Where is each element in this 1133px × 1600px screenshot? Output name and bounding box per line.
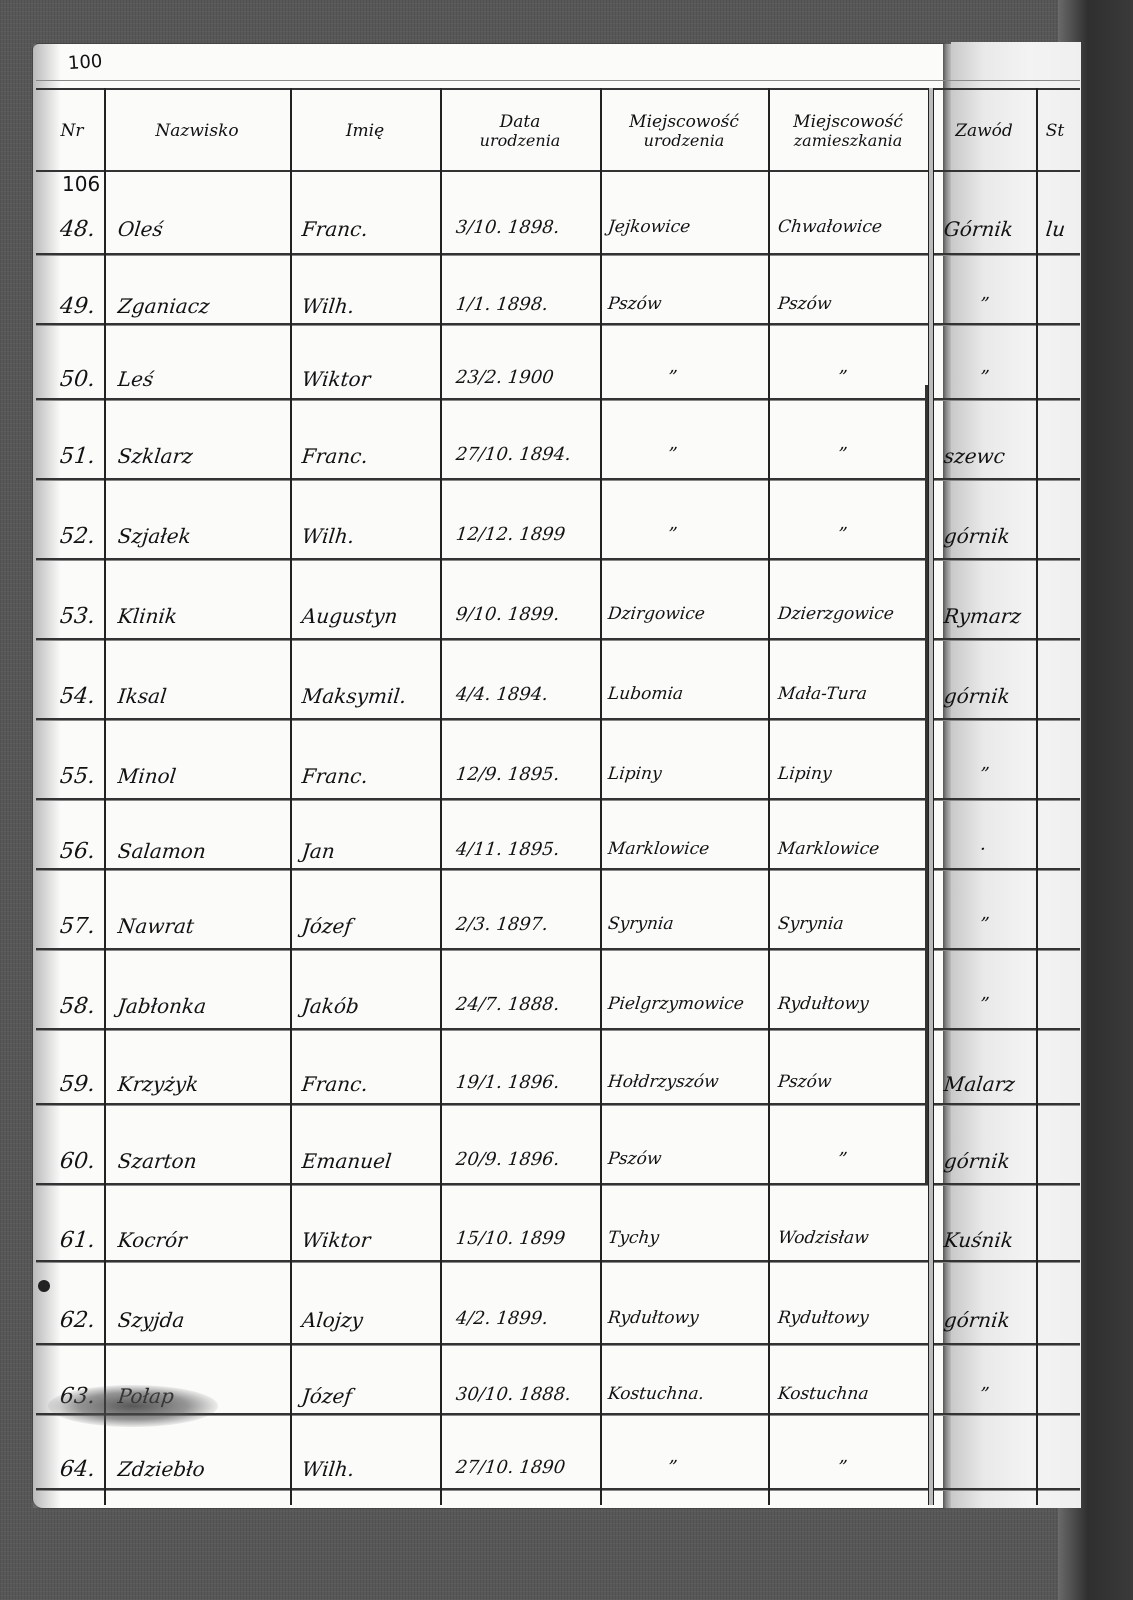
- table-row: 62.SzyjdaAlojzy4/2. 1899.RydułtowyRydułt…: [0, 1262, 1133, 1345]
- first-name: Wiktor: [301, 367, 372, 391]
- birth-date: 27/10. 1894.: [455, 444, 572, 465]
- table-row: 61.KocrórWiktor15/10. 1899TychyWodzisław…: [0, 1185, 1133, 1262]
- occupation: górnik: [943, 524, 1011, 548]
- residence: Wodzisław: [777, 1228, 870, 1248]
- birth-place: Tychy: [607, 1228, 660, 1248]
- first-name: Franc.: [301, 444, 369, 468]
- table-row: 55.MinolFranc.12/9. 1895.LipinyLipiny”: [0, 720, 1133, 800]
- surname: Kocrór: [117, 1228, 188, 1252]
- birth-place: ”: [667, 367, 678, 388]
- birth-place: Lipiny: [607, 764, 663, 784]
- birth-date: 12/9. 1895.: [455, 764, 561, 785]
- table-row: 60.SzartonEmanuel20/9. 1896.Pszów”górnik: [0, 1105, 1133, 1185]
- residence: Chwałowice: [777, 217, 883, 237]
- occupation: szewc: [943, 444, 1006, 468]
- grid-row-line: [36, 80, 1080, 81]
- birth-date: 2/3. 1897.: [455, 914, 549, 935]
- residence: Mała-Tura: [777, 684, 868, 704]
- table-row: 50.LeśWiktor23/2. 1900”””: [0, 325, 1133, 400]
- surname: Szyjda: [117, 1308, 186, 1332]
- header-surname-label: Nazwisko: [155, 122, 238, 141]
- first-name: Jan: [301, 839, 336, 863]
- header-next-column: St: [1040, 92, 1070, 170]
- entry-number: 60.: [59, 1149, 97, 1174]
- occupation: Malarz: [943, 1072, 1016, 1096]
- birth-place: Pszów: [607, 294, 663, 314]
- occupation: ”: [979, 294, 990, 315]
- surname: Szarton: [117, 1149, 198, 1173]
- residence: Pszów: [777, 1072, 833, 1092]
- table-row: 64.ZdziebłoWilh.27/10. 1890””: [0, 1415, 1133, 1490]
- surname: Zdziebło: [117, 1457, 206, 1481]
- ink-smudge: [48, 1385, 218, 1427]
- first-name: Franc.: [301, 764, 369, 788]
- birth-date: 9/10. 1899.: [455, 604, 561, 625]
- entry-number: 62.: [59, 1308, 97, 1333]
- table-row: 57.NawratJózef2/3. 1897.SyryniaSyrynia”: [0, 870, 1133, 950]
- surname: Minol: [117, 764, 178, 788]
- vertical-pencil-line: [925, 385, 928, 1185]
- table-row: 53.KlinikAugustyn9/10. 1899.DzirgowiceDz…: [0, 560, 1133, 640]
- occupation: Rymarz: [943, 604, 1023, 628]
- residence: Pszów: [777, 294, 833, 314]
- entry-number: 55.: [59, 764, 97, 789]
- birth-place: ”: [667, 524, 678, 545]
- header-residence-line1: Miejscowość: [793, 113, 903, 132]
- entry-number: 54.: [59, 684, 97, 709]
- residence: Rydułtowy: [777, 994, 870, 1014]
- surname: Oleś: [117, 217, 164, 241]
- residence: ”: [837, 1149, 848, 1170]
- birth-date: 20/9. 1896.: [455, 1149, 561, 1170]
- residence: Rydułtowy: [777, 1308, 870, 1328]
- surname: Nawrat: [117, 914, 196, 938]
- page-number: 100: [67, 51, 103, 74]
- first-name: Wiktor: [301, 1228, 372, 1252]
- first-name: Wilh.: [301, 1457, 356, 1481]
- residence: Marklowice: [777, 839, 880, 859]
- occupation: ”: [979, 914, 990, 935]
- first-name: Jakób: [301, 994, 360, 1018]
- header-surname: Nazwisko: [104, 92, 290, 170]
- header-occupation: Zawód: [932, 92, 1036, 170]
- residence: ”: [837, 524, 848, 545]
- residence: Kostuchna: [777, 1384, 870, 1404]
- table-row: 56.SalamonJan4/11. 1895.MarklowiceMarklo…: [0, 800, 1133, 870]
- birth-place: Jejkowice: [607, 217, 691, 237]
- header-birth-date: Data urodzenia: [440, 92, 600, 170]
- first-name: Alojzy: [301, 1308, 364, 1332]
- birth-place: Hołdrzyszów: [607, 1072, 720, 1092]
- residence: ”: [837, 367, 848, 388]
- entry-number: 50.: [59, 367, 97, 392]
- entry-number: 59.: [59, 1072, 97, 1097]
- table-row: 58.JabłonkaJakób24/7. 1888.Pielgrzymowic…: [0, 950, 1133, 1030]
- birth-place: ”: [667, 444, 678, 465]
- header-first-name: Imię: [290, 92, 440, 170]
- birth-place: Syrynia: [607, 914, 675, 934]
- residence: Lipiny: [777, 764, 833, 784]
- entry-number: 53.: [59, 604, 97, 629]
- birth-date: 4/4. 1894.: [455, 684, 549, 705]
- birth-date: 1/1. 1898.: [455, 294, 549, 315]
- header-no-label: Nr: [60, 122, 83, 141]
- occupation: Kuśnik: [943, 1228, 1015, 1252]
- first-name: Wilh.: [301, 524, 356, 548]
- entry-number: 49.: [59, 294, 97, 319]
- birth-date: 4/11. 1895.: [455, 839, 561, 860]
- surname: Klinik: [117, 604, 179, 628]
- birth-place: Dzirgowice: [607, 604, 706, 624]
- first-name: Wilh.: [301, 294, 356, 318]
- occupation: ”: [979, 764, 990, 785]
- first-name: Emanuel: [301, 1149, 393, 1173]
- table-row: 52.SzjałekWilh.12/12. 1899””górnik: [0, 480, 1133, 560]
- residence: Dzierzgowice: [777, 604, 895, 624]
- birth-place: Rydułtowy: [607, 1308, 700, 1328]
- surname: Szklarz: [117, 444, 194, 468]
- surname: Leś: [117, 367, 155, 391]
- residence: ”: [837, 444, 848, 465]
- header-occupation-label: Zawód: [955, 122, 1013, 141]
- header-residence: Miejscowość zamieszkania: [768, 92, 928, 170]
- header-no: Nr: [40, 92, 104, 170]
- entry-number: 57.: [59, 914, 97, 939]
- occupation: ·: [979, 839, 987, 860]
- header-birth-date-line1: Data: [500, 113, 541, 132]
- header-residence-line2: zamieszkania: [794, 132, 903, 150]
- entry-number: 56.: [59, 839, 97, 864]
- header-birth-place-line1: Miejscowość: [629, 113, 739, 132]
- occupation: górnik: [943, 684, 1011, 708]
- birth-date: 24/7. 1888.: [455, 994, 561, 1015]
- next-column-value: lu: [1045, 217, 1067, 241]
- entry-number: 58.: [59, 994, 97, 1019]
- entry-number: 61.: [59, 1228, 97, 1253]
- first-name: Maksymil.: [301, 684, 408, 708]
- birth-place: ”: [667, 1457, 678, 1478]
- birth-date: 23/2. 1900: [455, 367, 555, 388]
- grid-row-line: [36, 1490, 1080, 1491]
- surname: Zganiacz: [117, 294, 211, 318]
- entry-number: 48.: [59, 217, 97, 242]
- ink-spot: [38, 1280, 50, 1292]
- surname: Salamon: [117, 839, 207, 863]
- first-name: Franc.: [301, 1072, 369, 1096]
- birth-date: 15/10. 1899: [455, 1228, 566, 1249]
- birth-place: Pszów: [607, 1149, 663, 1169]
- birth-place: Lubomia: [607, 684, 684, 704]
- surname: Krzyżyk: [117, 1072, 200, 1096]
- birth-date: 12/12. 1899: [455, 524, 566, 545]
- occupation: Górnik: [943, 217, 1015, 241]
- first-name: Józef: [301, 914, 353, 938]
- table-row: 54.IksalMaksymil.4/4. 1894.LubomiaMała-T…: [0, 640, 1133, 720]
- occupation: ”: [979, 1384, 990, 1405]
- header-birth-place: Miejscowość urodzenia: [600, 92, 768, 170]
- residence: Syrynia: [777, 914, 845, 934]
- header-birth-place-line2: urodzenia: [644, 132, 725, 150]
- header-first-name-label: Imię: [346, 122, 384, 141]
- table-row: 51.SzklarzFranc.27/10. 1894.””szewc: [0, 400, 1133, 480]
- residence: ”: [837, 1457, 848, 1478]
- birth-date: 27/10. 1890: [455, 1457, 566, 1478]
- birth-date: 19/1. 1896.: [455, 1072, 561, 1093]
- birth-date: 3/10. 1898.: [455, 217, 561, 238]
- first-name: Augustyn: [301, 604, 399, 628]
- entry-number: 64.: [59, 1457, 97, 1482]
- entry-number: 51.: [59, 444, 97, 469]
- first-name: Franc.: [301, 217, 369, 241]
- table-row: 49.ZganiaczWilh.1/1. 1898.PszówPszów”: [0, 255, 1133, 325]
- table-row: 59.KrzyżykFranc.19/1. 1896.HołdrzyszówPs…: [0, 1030, 1133, 1105]
- surname: Iksal: [117, 684, 168, 708]
- header-birth-date-line2: urodzenia: [480, 132, 561, 150]
- occupation: górnik: [943, 1149, 1011, 1173]
- surname: Szjałek: [117, 524, 192, 548]
- birth-date: 4/2. 1899.: [455, 1308, 549, 1329]
- birth-place: Pielgrzymowice: [607, 994, 745, 1014]
- grid-row-line: [36, 88, 1080, 90]
- birth-date: 30/10. 1888.: [455, 1384, 572, 1405]
- occupation: ”: [979, 994, 990, 1015]
- header-next-column-label: St: [1046, 122, 1064, 141]
- birth-place: Marklowice: [607, 839, 710, 859]
- occupation: ”: [979, 367, 990, 388]
- first-name: Józef: [301, 1384, 353, 1408]
- birth-place: Kostuchna.: [607, 1384, 705, 1404]
- table-row: 48.OleśFranc.3/10. 1898.JejkowiceChwałow…: [0, 170, 1133, 255]
- entry-number: 52.: [59, 524, 97, 549]
- occupation: górnik: [943, 1308, 1011, 1332]
- surname: Jabłonka: [117, 994, 208, 1018]
